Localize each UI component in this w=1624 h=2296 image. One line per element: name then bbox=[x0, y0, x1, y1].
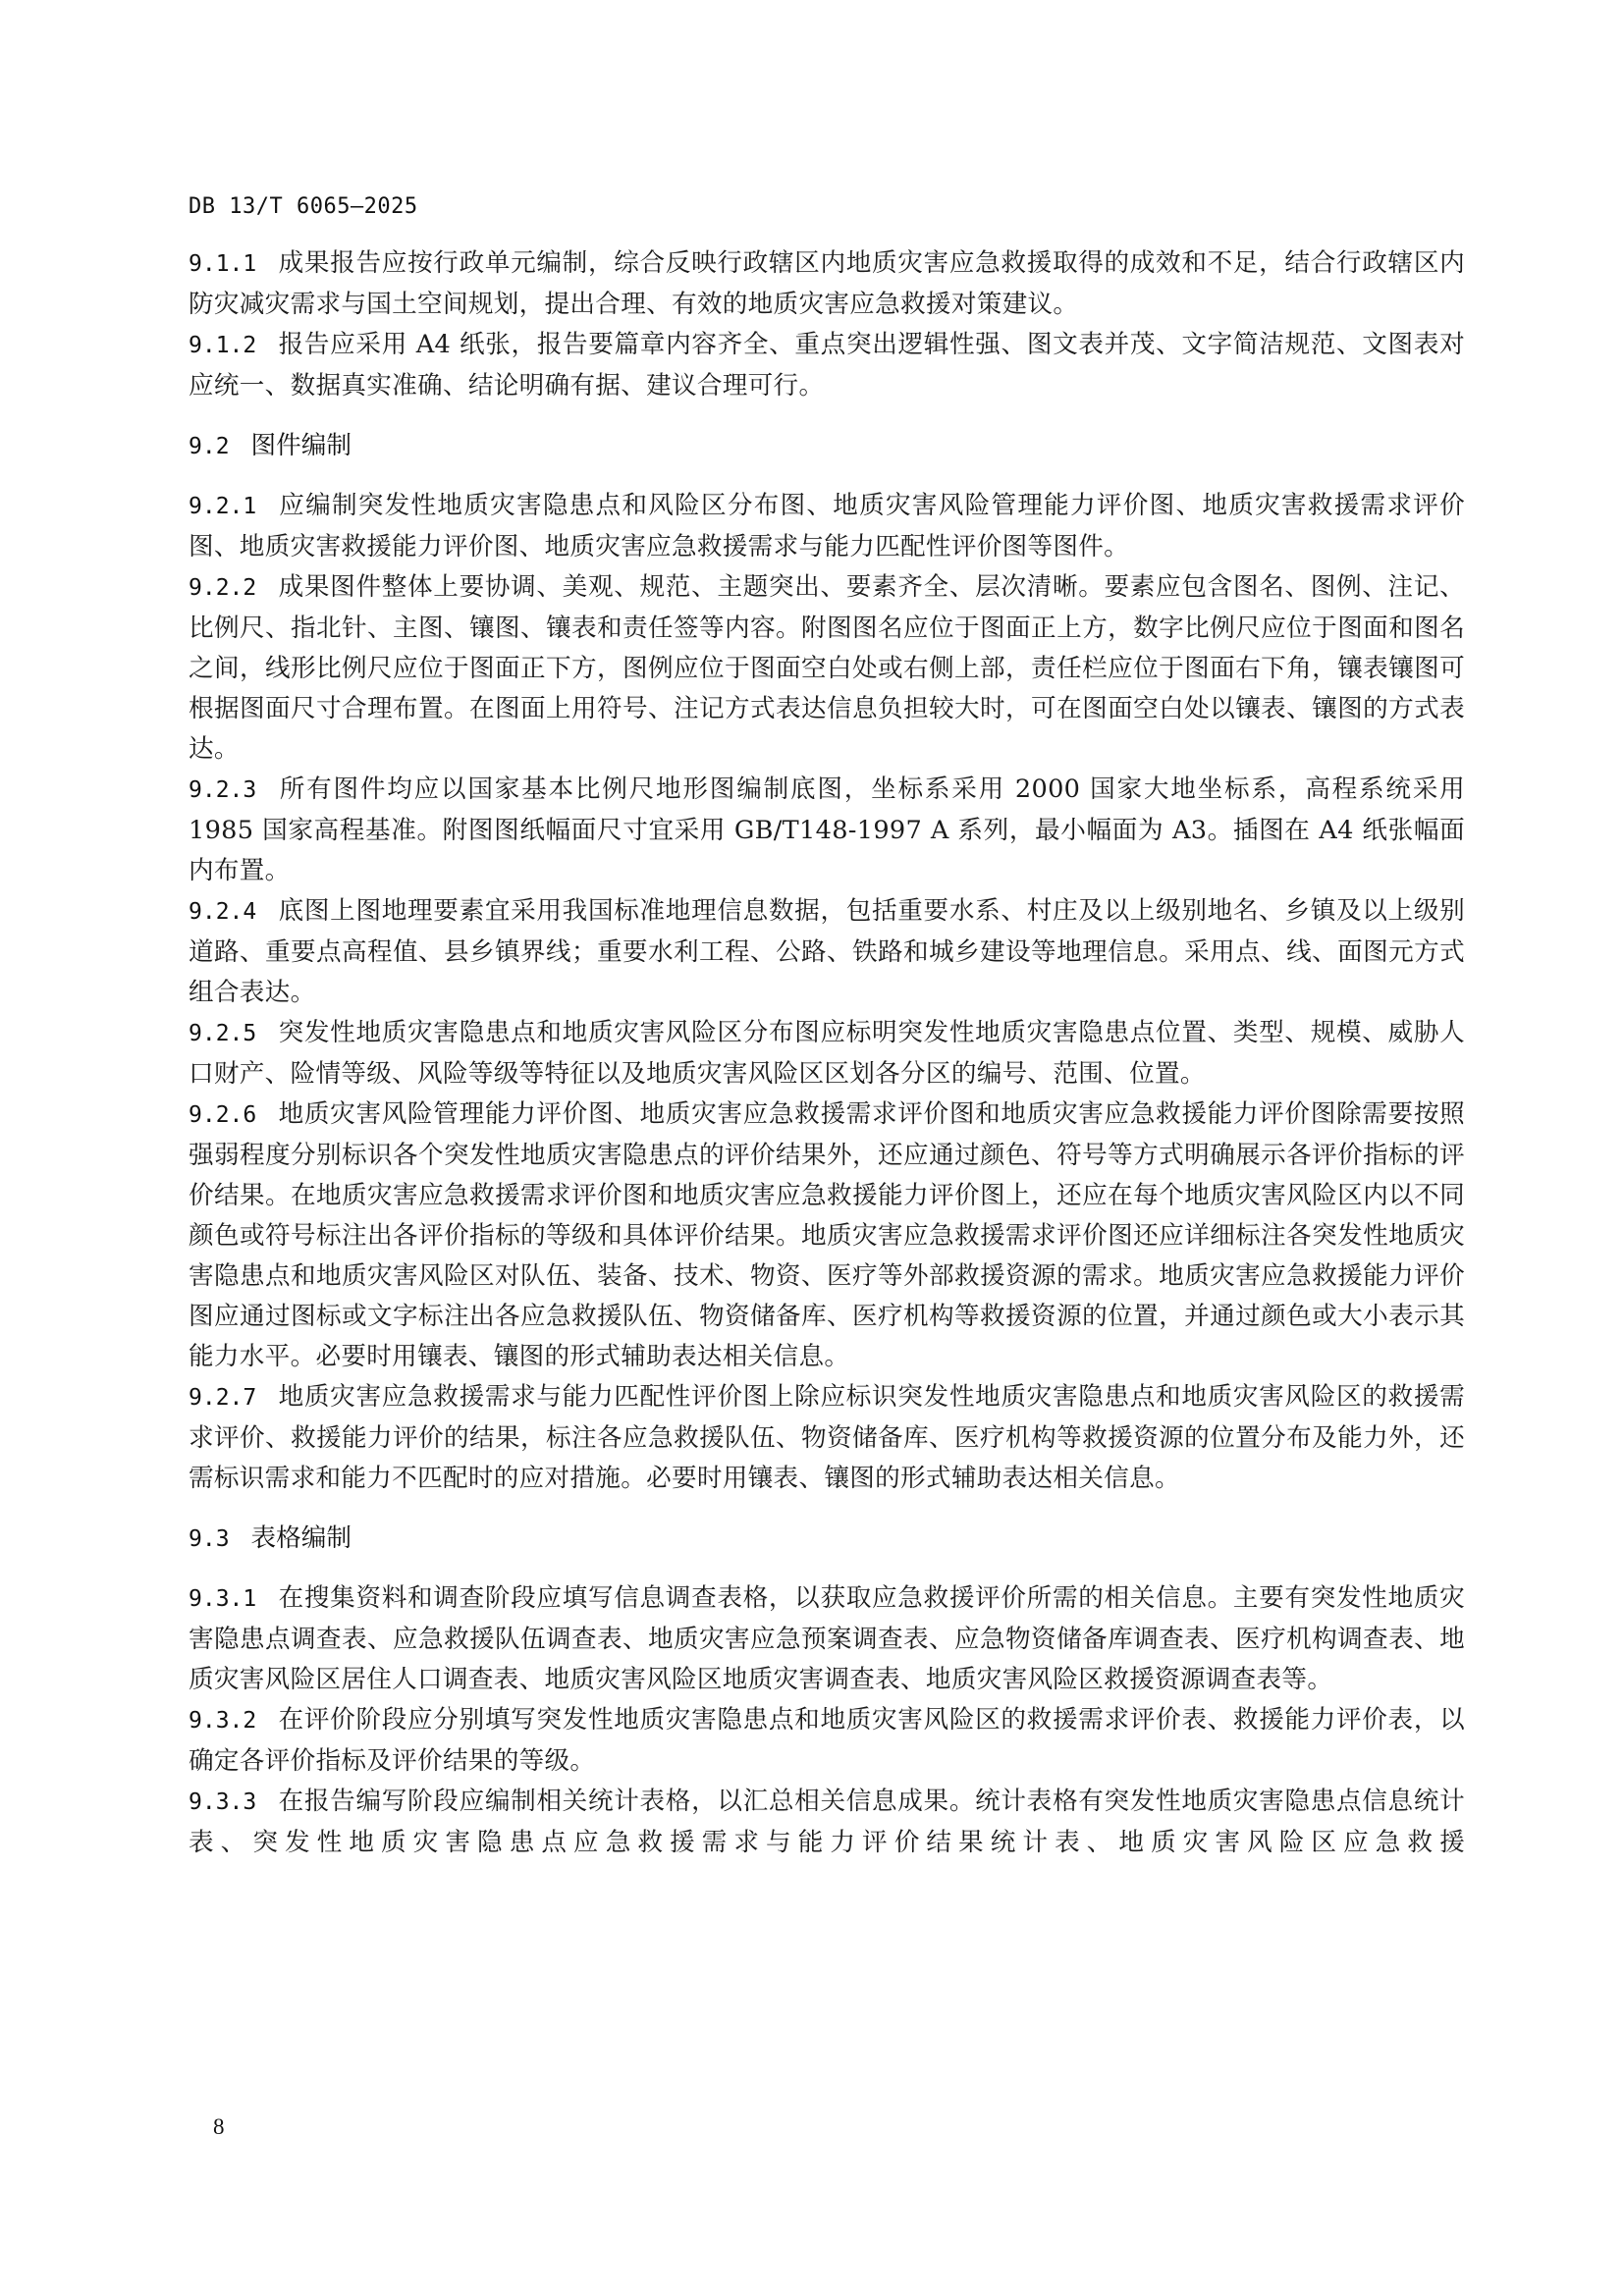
section-9-1-clauses: 9.1.1成果报告应按行政单元编制，综合反映行政辖区内地质灾害应急救援取得的成效… bbox=[189, 243, 1465, 406]
clause-text: 底图上图地理要素宜采用我国标准地理信息数据，包括重要水系、村庄及以上级别地名、乡… bbox=[189, 896, 1465, 1007]
clause-number: 9.2.6 bbox=[189, 1102, 256, 1128]
clause-text: 所有图件均应以国家基本比例尺地形图编制底图，坐标系采用 2000 国家大地坐标系… bbox=[189, 774, 1465, 885]
clause-text: 在评价阶段应分别填写突发性地质灾害隐患点和地质灾害风险区的救援需求评价表、救援能… bbox=[189, 1705, 1465, 1776]
clause-9-2-5: 9.2.5突发性地质灾害隐患点和地质灾害风险区分布图应标明突发性地质灾害隐患点位… bbox=[189, 1013, 1465, 1095]
clause-9-2-4: 9.2.4底图上图地理要素宜采用我国标准地理信息数据，包括重要水系、村庄及以上级… bbox=[189, 891, 1465, 1013]
clause-number: 9.2.2 bbox=[189, 575, 256, 601]
clause-text: 在搜集资料和调查阶段应填写信息调查表格，以获取应急救援评价所需的相关信息。主要有… bbox=[189, 1583, 1465, 1694]
clause-number: 9.3.3 bbox=[189, 1789, 256, 1815]
clause-text: 在报告编写阶段应编制相关统计表格，以汇总相关信息成果。统计表格有突发性地质灾害隐… bbox=[189, 1787, 1465, 1857]
clause-text: 地质灾害应急救援需求与能力匹配性评价图上除应标识突发性地质灾害隐患点和地质灾害风… bbox=[189, 1382, 1465, 1493]
section-heading-9-2: 9.2图件编制 bbox=[189, 426, 1465, 467]
clause-9-2-1: 9.2.1应编制突发性地质灾害隐患点和风险区分布图、地质灾害风险管理能力评价图、… bbox=[189, 486, 1465, 567]
clause-number: 9.1.1 bbox=[189, 251, 256, 277]
clause-text: 突发性地质灾害隐患点和地质灾害风险区分布图应标明突发性地质灾害隐患点位置、类型、… bbox=[189, 1018, 1465, 1089]
section-9-3-clauses: 9.3.1在搜集资料和调查阶段应填写信息调查表格，以获取应急救援评价所需的相关信… bbox=[189, 1578, 1465, 1863]
clause-9-1-1: 9.1.1成果报告应按行政单元编制，综合反映行政辖区内地质灾害应急救援取得的成效… bbox=[189, 243, 1465, 325]
clause-text: 成果图件整体上要协调、美观、规范、主题突出、要素齐全、层次清晰。要素应包含图名、… bbox=[189, 572, 1465, 764]
clause-9-2-2: 9.2.2成果图件整体上要协调、美观、规范、主题突出、要素齐全、层次清晰。要素应… bbox=[189, 567, 1465, 770]
document-standard-id: DB 13/T 6065—2025 bbox=[189, 194, 418, 219]
clause-number: 9.2.1 bbox=[189, 494, 256, 519]
clause-9-2-6: 9.2.6地质灾害风险管理能力评价图、地质灾害应急救援需求评价图和地质灾害应急救… bbox=[189, 1095, 1465, 1377]
section-number: 9.2 bbox=[189, 434, 230, 459]
section-title: 表格编制 bbox=[251, 1523, 352, 1553]
section-9-2-clauses: 9.2.1应编制突发性地质灾害隐患点和风险区分布图、地质灾害风险管理能力评价图、… bbox=[189, 486, 1465, 1499]
clause-number: 9.2.7 bbox=[189, 1385, 256, 1411]
clause-number: 9.1.2 bbox=[189, 333, 256, 358]
clause-number: 9.3.2 bbox=[189, 1708, 256, 1734]
clause-number: 9.3.1 bbox=[189, 1586, 256, 1612]
clause-9-3-2: 9.3.2在评价阶段应分别填写突发性地质灾害隐患点和地质灾害风险区的救援需求评价… bbox=[189, 1700, 1465, 1782]
clause-number: 9.2.4 bbox=[189, 899, 256, 925]
clause-text: 地质灾害风险管理能力评价图、地质灾害应急救援需求评价图和地质灾害应急救援能力评价… bbox=[189, 1099, 1465, 1371]
section-heading-9-3: 9.3表格编制 bbox=[189, 1519, 1465, 1560]
clause-number: 9.2.5 bbox=[189, 1021, 256, 1046]
clause-text: 报告应采用 A4 纸张，报告要篇章内容齐全、重点突出逻辑性强、图文表并茂、文字简… bbox=[189, 330, 1465, 400]
clause-number: 9.2.3 bbox=[189, 777, 256, 803]
section-title: 图件编制 bbox=[251, 431, 352, 460]
clause-text: 成果报告应按行政单元编制，综合反映行政辖区内地质灾害应急救援取得的成效和不足，结… bbox=[189, 248, 1465, 319]
document-page: DB 13/T 6065—2025 9.1.1成果报告应按行政单元编制，综合反映… bbox=[0, 0, 1624, 2296]
clause-9-1-2: 9.1.2报告应采用 A4 纸张，报告要篇章内容齐全、重点突出逻辑性强、图文表并… bbox=[189, 325, 1465, 406]
page-number: 8 bbox=[213, 2114, 225, 2140]
clause-text: 应编制突发性地质灾害隐患点和风险区分布图、地质灾害风险管理能力评价图、地质灾害救… bbox=[189, 491, 1465, 561]
section-number: 9.3 bbox=[189, 1526, 230, 1552]
document-body: 9.1.1成果报告应按行政单元编制，综合反映行政辖区内地质灾害应急救援取得的成效… bbox=[189, 243, 1465, 1863]
clause-9-2-7: 9.2.7地质灾害应急救援需求与能力匹配性评价图上除应标识突发性地质灾害隐患点和… bbox=[189, 1377, 1465, 1499]
clause-9-2-3: 9.2.3所有图件均应以国家基本比例尺地形图编制底图，坐标系采用 2000 国家… bbox=[189, 770, 1465, 891]
clause-9-3-1: 9.3.1在搜集资料和调查阶段应填写信息调查表格，以获取应急救援评价所需的相关信… bbox=[189, 1578, 1465, 1700]
clause-9-3-3: 9.3.3在报告编写阶段应编制相关统计表格，以汇总相关信息成果。统计表格有突发性… bbox=[189, 1782, 1465, 1863]
